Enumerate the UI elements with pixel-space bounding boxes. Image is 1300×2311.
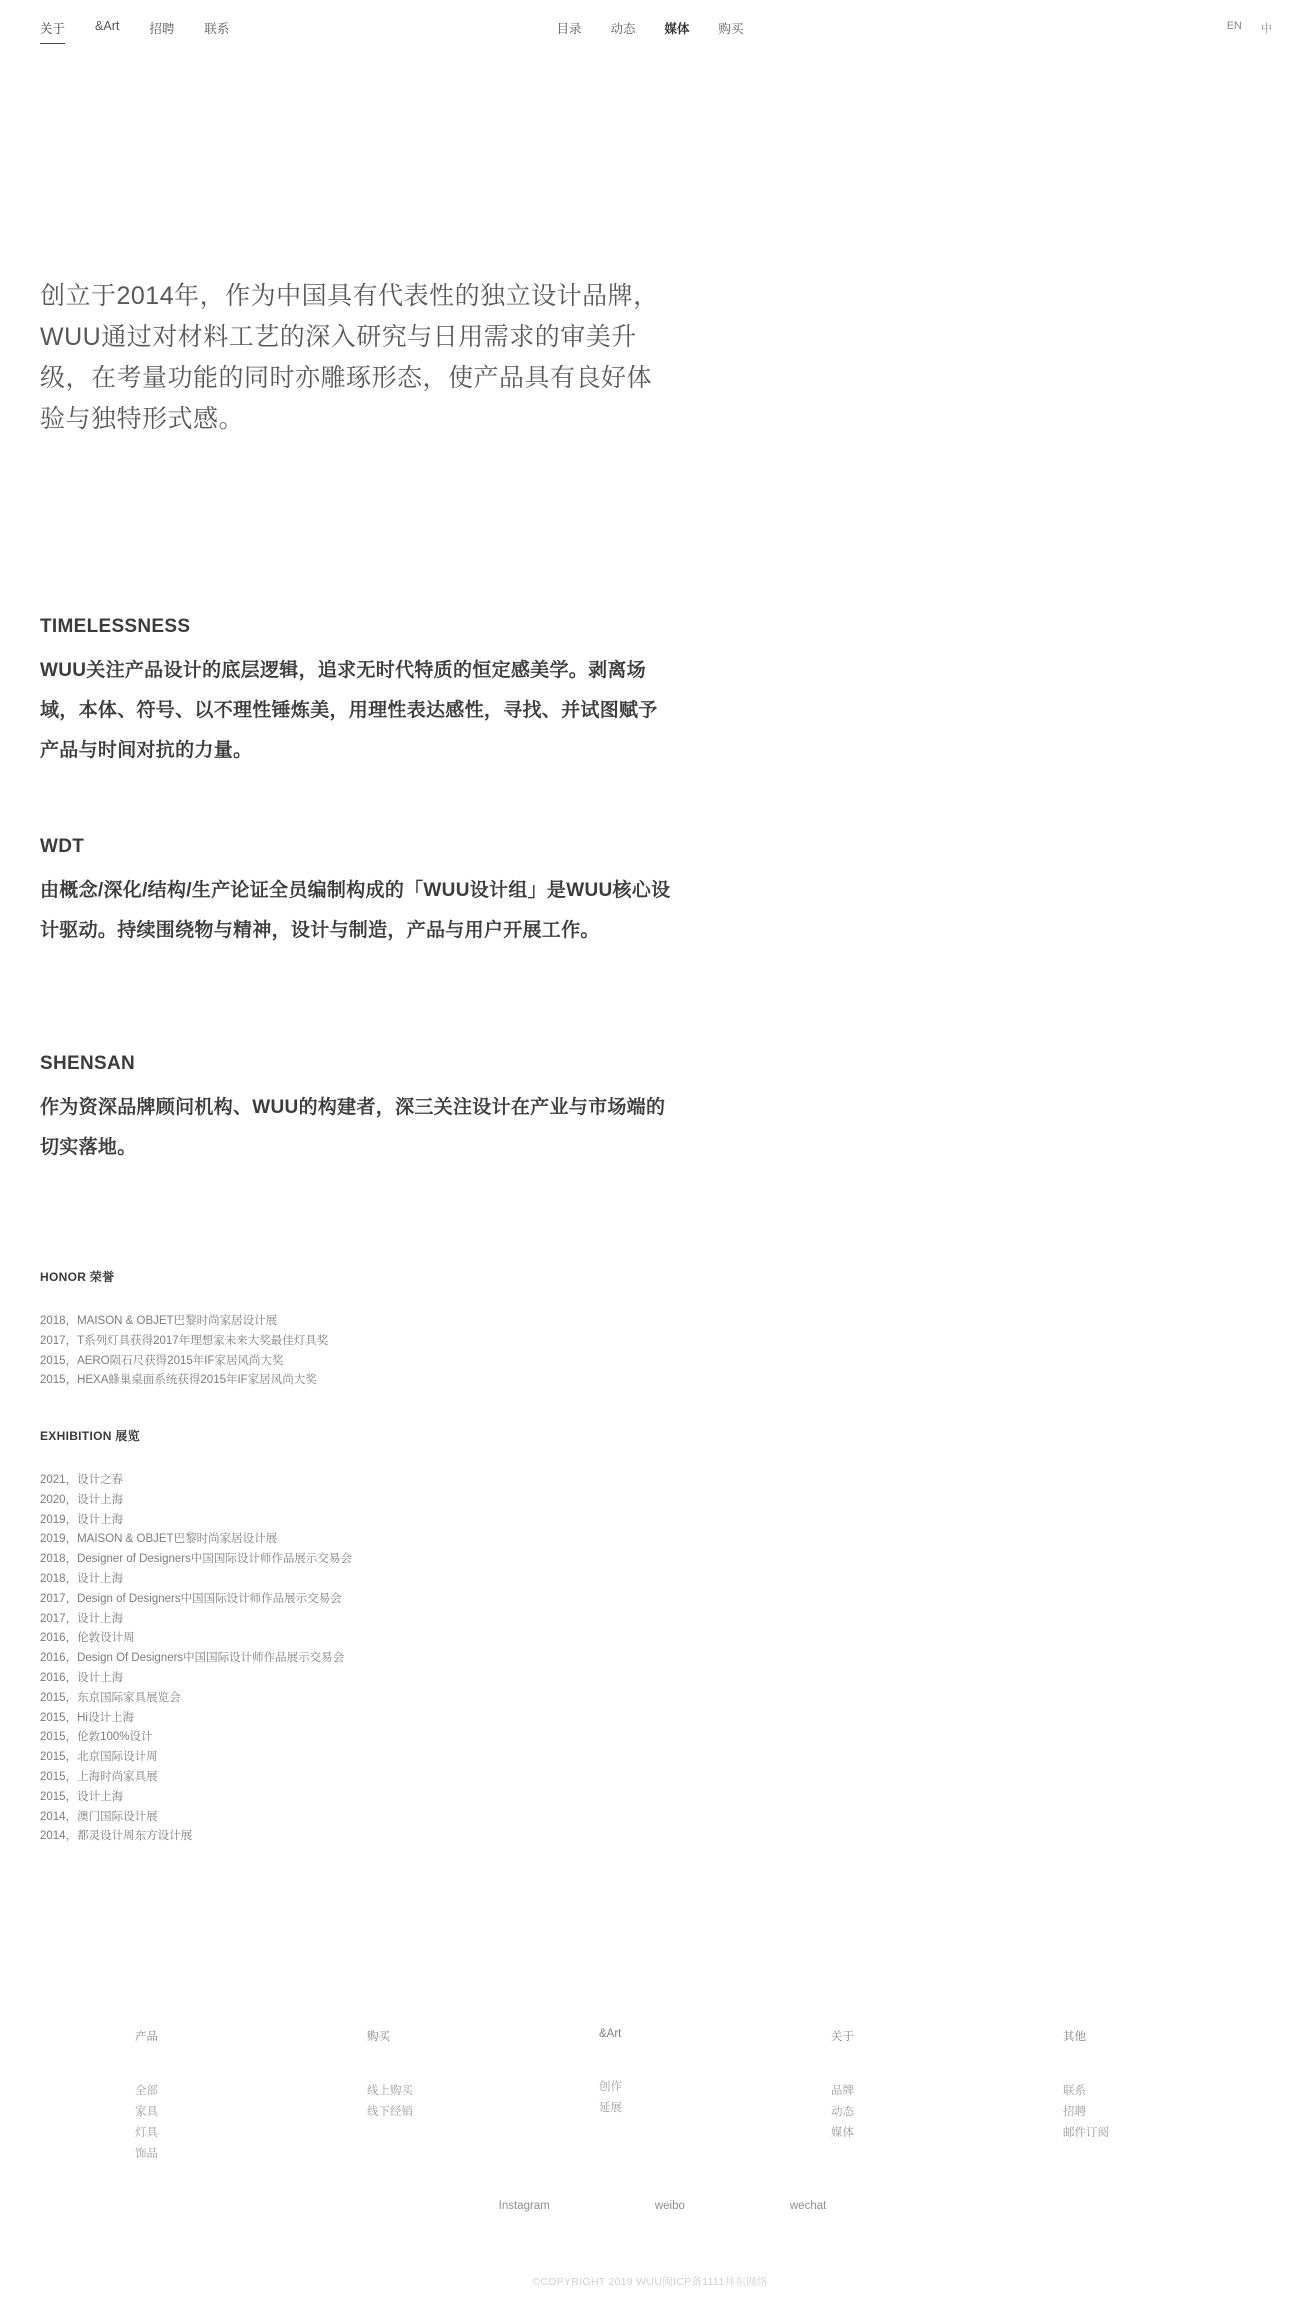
exhibition-item: 2014，都灵设计周东方设计展	[40, 1827, 352, 1847]
nav-jobs[interactable]: 招聘	[149, 19, 174, 44]
footer-link-offline-dealers[interactable]: 线下经销	[367, 2102, 413, 2123]
footer-col-about: 关于 品牌 动态 媒体	[831, 2028, 1063, 2165]
honor-item: 2015，AERO陨石尺获得2015年IF家居风尚大奖	[40, 1352, 328, 1372]
section-timelessness-title: TIMELESSNESS	[40, 616, 672, 638]
footer-link-jobs[interactable]: 招聘	[1063, 2102, 1086, 2123]
footer-link-newsletter[interactable]: 邮件订阅	[1063, 2123, 1109, 2144]
honor-title: HONOR 荣誉	[40, 1268, 328, 1285]
nav-about[interactable]: 关于	[40, 19, 65, 44]
section-wdt-title: WDT	[40, 836, 672, 858]
footer-col-art: &Art 创作 延展	[599, 2028, 831, 2165]
nav-art[interactable]: &Art	[95, 19, 119, 44]
page: 关于 &Art 招聘 联系 目录 动态 媒体 购买 EN 中 创立于2014年，…	[0, 0, 1300, 2311]
nav-buy[interactable]: 购买	[719, 19, 744, 37]
section-wdt: WDT 由概念/深化/结构/生产论证全员编制构成的「WUU设计组」是WUU核心设…	[40, 836, 672, 951]
primary-nav: 关于 &Art 招聘 联系	[40, 19, 229, 44]
section-timelessness-body: WUU关注产品设计的底层逻辑，追求无时代特质的恒定感美学。剥离场域，本体、符号、…	[40, 651, 672, 771]
footer-columns: 产品 全部 家具 灯具 饰品 购买 线上购买 线下经销 &Art 创作 延展 关…	[0, 2028, 1300, 2165]
instagram-link[interactable]: Instagram	[499, 2200, 550, 2212]
honor-item: 2017，T系列灯具获得2017年理想家未来大奖最佳灯具奖	[40, 1332, 328, 1352]
exhibition-item: 2017，Design of Designers中国国际设计师作品展示交易会	[40, 1590, 352, 1610]
exhibition-item: 2021，设计之春	[40, 1471, 352, 1491]
exhibition-item: 2016，Design Of Designers中国国际设计师作品展示交易会	[40, 1649, 352, 1669]
exhibition-item: 2016，设计上海	[40, 1669, 352, 1689]
exhibition-item: 2015，上海时尚家具展	[40, 1768, 352, 1788]
footer: 产品 全部 家具 灯具 饰品 购买 线上购买 线下经销 &Art 创作 延展 关…	[0, 2028, 1300, 2165]
footer-col-others: 其他 联系 招聘 邮件订阅	[1063, 2028, 1295, 2165]
intro-text: 创立于2014年，作为中国具有代表性的独立设计品牌，WUU通过对材料工艺的深入研…	[40, 276, 668, 440]
honor-item: 2018，MAISON & OBJET巴黎时尚家居设计展	[40, 1312, 328, 1332]
exhibition-item: 2020，设计上海	[40, 1491, 352, 1511]
exhibition-item: 2016，伦敦设计周	[40, 1629, 352, 1649]
intro-section: 创立于2014年，作为中国具有代表性的独立设计品牌，WUU通过对材料工艺的深入研…	[40, 276, 668, 440]
footer-link-accessories[interactable]: 饰品	[135, 2144, 158, 2165]
section-shensan-title: SHENSAN	[40, 1053, 672, 1075]
exhibition-item: 2017，设计上海	[40, 1610, 352, 1630]
secondary-nav: 目录 动态 媒体 购买	[556, 19, 743, 37]
footer-link-online-shop[interactable]: 线上购买	[367, 2081, 413, 2102]
exhibition-item: 2015，设计上海	[40, 1788, 352, 1808]
section-wdt-body: 由概念/深化/结构/生产论证全员编制构成的「WUU设计组」是WUU核心设计驱动。…	[40, 871, 672, 951]
social-links: Instagram weibo wechat	[0, 2200, 1300, 2212]
exhibition-item: 2015，东京国际家具展览会	[40, 1689, 352, 1709]
section-shensan-body: 作为资深品牌顾问机构、WUU的构建者，深三关注设计在产业与市场端的切实落地。	[40, 1088, 672, 1168]
exhibition-item: 2015，北京国际设计周	[40, 1748, 352, 1768]
lang-zh[interactable]: 中	[1261, 20, 1272, 36]
honor-item: 2015，HEXA蜂巢桌面系统获得2015年IF家居风尚大奖	[40, 1371, 328, 1391]
footer-col-title: 关于	[831, 2028, 1063, 2044]
exhibition-item: 2019，设计上海	[40, 1511, 352, 1531]
lang-en[interactable]: EN	[1227, 20, 1242, 36]
footer-link-brand[interactable]: 品牌	[831, 2081, 854, 2102]
footer-link-extension[interactable]: 延展	[599, 2098, 622, 2119]
nav-contact[interactable]: 联系	[204, 19, 229, 44]
exhibition-title: EXHIBITION 展览	[40, 1427, 352, 1444]
footer-link-lighting[interactable]: 灯具	[135, 2123, 158, 2144]
exhibition-item: 2015，Hi设计上海	[40, 1709, 352, 1729]
footer-link-news[interactable]: 动态	[831, 2102, 854, 2123]
footer-col-title: 购买	[367, 2028, 599, 2044]
footer-link-creation[interactable]: 创作	[599, 2077, 622, 2098]
exhibition-list: 2021，设计之春 2020，设计上海 2019，设计上海 2019，MAISO…	[40, 1471, 352, 1847]
footer-col-products: 产品 全部 家具 灯具 饰品	[135, 2028, 367, 2165]
footer-col-title: 其他	[1063, 2028, 1295, 2044]
exhibition-item: 2018，Designer of Designers中国国际设计师作品展示交易会	[40, 1550, 352, 1570]
language-switcher: EN 中	[1227, 20, 1272, 36]
exhibition-item: 2019，MAISON & OBJET巴黎时尚家居设计展	[40, 1530, 352, 1550]
footer-link-furniture[interactable]: 家具	[135, 2102, 158, 2123]
nav-media[interactable]: 媒体	[665, 19, 690, 37]
exhibition-item: 2015，伦敦100%设计	[40, 1728, 352, 1748]
footer-link-media[interactable]: 媒体	[831, 2123, 854, 2144]
copyright-text: ©COPYRIGHT 2019 WUU闽ICP备1111拜东网络	[0, 2274, 1300, 2289]
nav-news[interactable]: 动态	[610, 19, 635, 37]
nav-catalog[interactable]: 目录	[556, 19, 581, 37]
wechat-link[interactable]: wechat	[790, 2200, 826, 2212]
footer-link-contact[interactable]: 联系	[1063, 2081, 1086, 2102]
section-shensan: SHENSAN 作为资深品牌顾问机构、WUU的构建者，深三关注设计在产业与市场端…	[40, 1053, 672, 1168]
exhibition-item: 2018，设计上海	[40, 1570, 352, 1590]
exhibition-item: 2014，澳门国际设计展	[40, 1808, 352, 1828]
footer-col-title: 产品	[135, 2028, 367, 2044]
footer-link-all[interactable]: 全部	[135, 2081, 158, 2102]
honor-list: 2018，MAISON & OBJET巴黎时尚家居设计展 2017，T系列灯具获…	[40, 1312, 328, 1391]
header: 关于 &Art 招聘 联系 目录 动态 媒体 购买 EN 中	[0, 0, 1300, 50]
footer-col-buy: 购买 线上购买 线下经销	[367, 2028, 599, 2165]
exhibition-section: EXHIBITION 展览 2021，设计之春 2020，设计上海 2019，设…	[40, 1427, 352, 1847]
footer-col-title: &Art	[599, 2028, 831, 2040]
honor-section: HONOR 荣誉 2018，MAISON & OBJET巴黎时尚家居设计展 20…	[40, 1268, 328, 1391]
section-timelessness: TIMELESSNESS WUU关注产品设计的底层逻辑，追求无时代特质的恒定感美…	[40, 616, 672, 771]
weibo-link[interactable]: weibo	[655, 2200, 685, 2212]
